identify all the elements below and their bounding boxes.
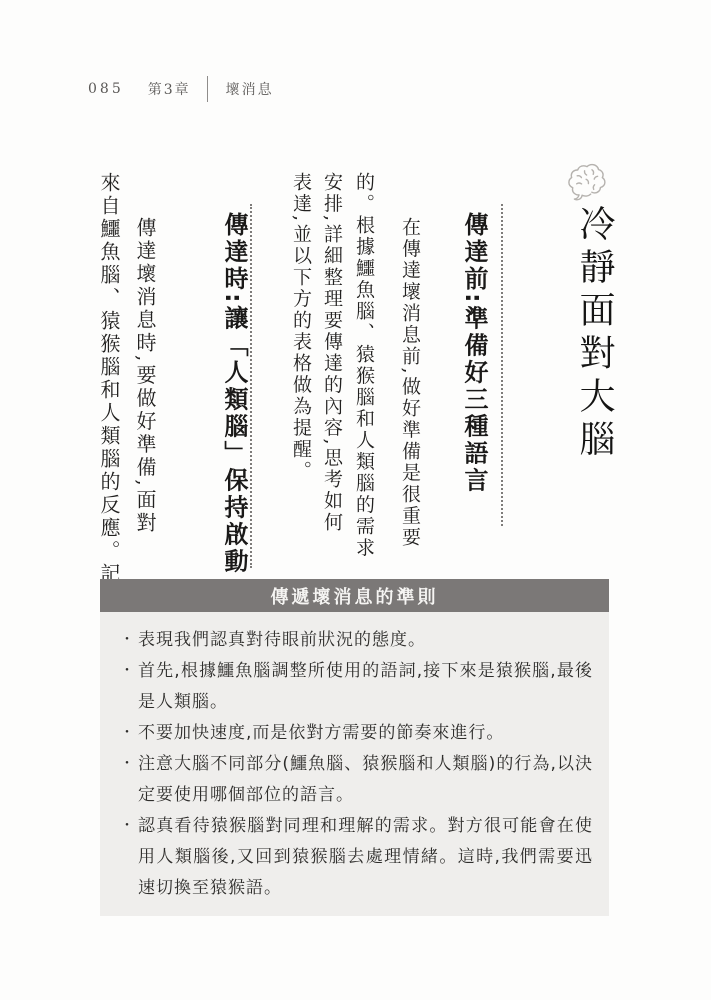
guidelines-box: 傳遞壞消息的準則 ・ 表現我們認真對待眼前狀況的態度。 ・ 首先,根據鱷魚腦調整… — [100, 579, 609, 916]
subtitle-during-delivery: 傳達時:讓「人類腦」保持啟動 — [217, 212, 252, 576]
bullet-marker: ・ — [120, 625, 138, 656]
book-page: 085 第3章 壞消息 冷靜面對大腦 傳達前:準備好三種語言 在傳達壞消息前,做… — [0, 0, 711, 1000]
body-column: 來自鱷魚腦、猿猴腦和人類腦的反應。記 — [95, 172, 124, 586]
body-column: 的。根據鱷魚腦、猿猴腦和人類腦的需求 — [351, 172, 378, 559]
body-column: 表達,並以下方的表格做為提醒。 — [288, 172, 315, 482]
bullet-text: 注意大腦不同部分(鱷魚腦、猿猴腦和人類腦)的行為,以決定要使用哪個部位的語言。 — [138, 749, 593, 811]
bullet-text: 認真看待猿猴腦對同理和理解的需求。對方很可能會在使用人類腦後,又回到猿猴腦去處理… — [138, 811, 593, 904]
bullet-marker: ・ — [120, 749, 138, 811]
guidelines-box-title: 傳遞壞消息的準則 — [271, 583, 439, 609]
guideline-item: ・ 認真看待猿猴腦對同理和理解的需求。對方很可能會在使用人類腦後,又回到猿猴腦去… — [120, 811, 593, 904]
dotted-rule — [501, 204, 503, 526]
guideline-item: ・ 注意大腦不同部分(鱷魚腦、猿猴腦和人類腦)的行為,以決定要使用哪個部位的語言… — [120, 749, 593, 811]
bullet-text: 首先,根據鱷魚腦調整所使用的語詞,接下來是猿猴腦,最後是人類腦。 — [138, 656, 593, 718]
chapter-divider — [207, 76, 208, 102]
guidelines-box-header: 傳遞壞消息的準則 — [100, 579, 609, 612]
chapter-title: 壞消息 — [226, 79, 274, 99]
bullet-marker: ・ — [120, 811, 138, 904]
guideline-item: ・ 首先,根據鱷魚腦調整所使用的語詞,接下來是猿猴腦,最後是人類腦。 — [120, 656, 593, 718]
guideline-item: ・ 表現我們認真對待眼前狀況的態度。 — [120, 625, 593, 656]
bullet-text: 表現我們認真對待眼前狀況的態度。 — [138, 625, 593, 656]
chapter-label: 第3章 — [148, 79, 191, 99]
bullet-text: 不要加快速度,而是依對方需要的節奏來進行。 — [138, 718, 593, 749]
bullet-marker: ・ — [120, 656, 138, 718]
running-head: 085 第3章 壞消息 — [88, 76, 274, 102]
guideline-item: ・ 不要加快速度,而是依對方需要的節奏來進行。 — [120, 718, 593, 749]
body-column: 傳達壞消息時,要做好準備,面對 — [131, 217, 160, 535]
guidelines-list: ・ 表現我們認真對待眼前狀況的態度。 ・ 首先,根據鱷魚腦調整所使用的語詞,接下… — [100, 612, 609, 916]
article-title: 冷靜面對大腦 — [569, 205, 620, 463]
brain-icon — [564, 162, 612, 204]
subtitle-before-delivery: 傳達前:準備好三種語言 — [457, 212, 492, 495]
bullet-marker: ・ — [120, 718, 138, 749]
body-column: 在傳達壞消息前,做好準備是很重要 — [397, 217, 424, 548]
page-number: 085 — [88, 81, 124, 97]
body-column: 安排,詳細整理要傳達的內容,思考如何 — [319, 172, 346, 533]
